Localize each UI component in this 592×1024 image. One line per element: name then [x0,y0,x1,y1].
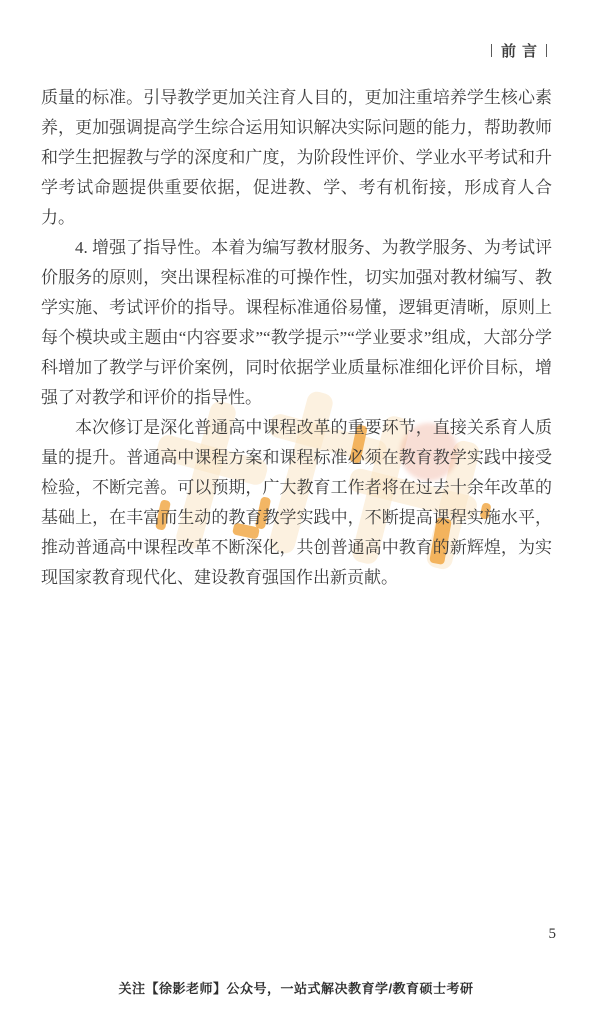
document-page: 前言 质量的标准。引导教学更加关注育人目的，更加注重培养学生核心素养，更加强调提… [0,0,592,1024]
paragraph-revision-significance: 本次修订是深化普通高中课程改革的重要环节，直接关系育人质量的提升。普通高中课程方… [41,413,552,593]
header-rule-left-icon [491,44,492,57]
page-header: 前言 [491,42,547,58]
body-text: 质量的标准。引导教学更加关注育人目的，更加注重培养学生核心素养，更加强调提高学生… [41,83,552,593]
header-rule-right-icon [546,44,547,57]
header-title: 前言 [501,40,543,61]
paragraph-quality-standard: 质量的标准。引导教学更加关注育人目的，更加注重培养学生核心素养，更加强调提高学生… [41,83,552,233]
page-number: 5 [549,926,557,943]
paragraph-guidance-enhanced: 4. 增强了指导性。本着为编写教材服务、为教学服务、为考试评价服务的原则，突出课… [41,233,552,413]
footer-promo-text: 关注【徐影老师】公众号，一站式解决教育学/教育硕士考研 [118,981,473,996]
page-footer: 关注【徐影老师】公众号，一站式解决教育学/教育硕士考研 [0,978,592,998]
